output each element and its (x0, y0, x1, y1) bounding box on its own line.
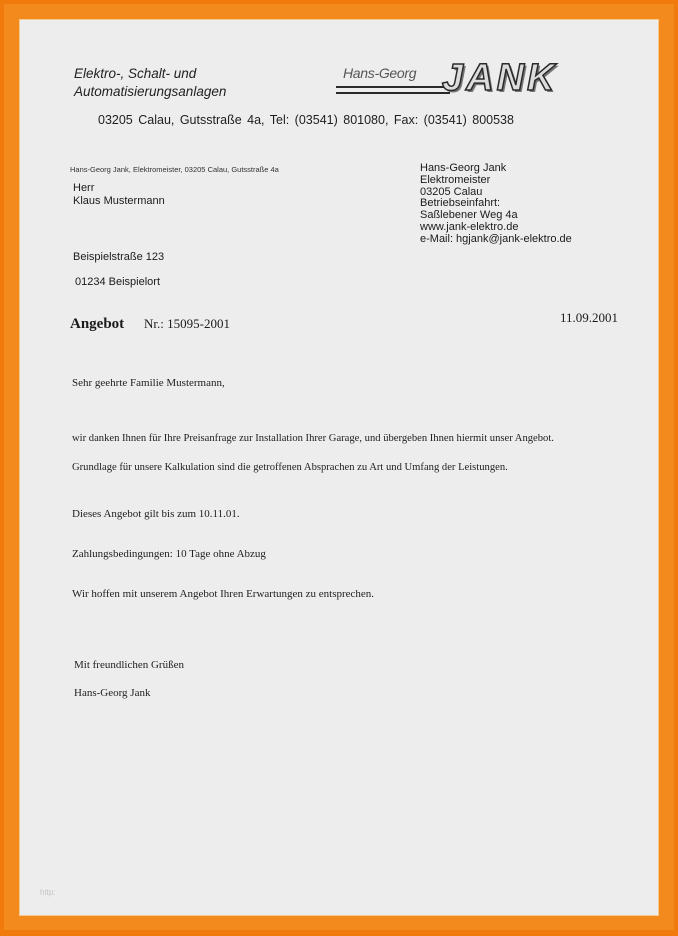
contact-block: Hans-Georg Jank Elektromeister 03205 Cal… (420, 163, 572, 246)
company-address-line: 03205 Calau, Gutsstraße 4a, Tel: (03541)… (98, 113, 514, 127)
recipient-name: Klaus Mustermann (73, 195, 165, 208)
document-date: 11.09.2001 (560, 310, 618, 326)
watermark-text: http: (40, 888, 56, 897)
logo-underline-icon (336, 86, 450, 98)
sender-return-address: Hans-Georg Jank, Elektromeister, 03205 C… (70, 165, 279, 174)
letter-salutation: Sehr geehrte Familie Mustermann, (72, 377, 225, 389)
company-tagline: Elektro-, Schalt- und Automatisierungsan… (74, 65, 226, 101)
body-paragraph: Wir hoffen mit unserem Angebot Ihren Erw… (72, 588, 374, 600)
letter-closing: Mit freundlichen Grüßen (74, 659, 184, 671)
document-title: Angebot (70, 316, 124, 333)
document-number: Nr.: 15095-2001 (144, 316, 230, 332)
logo-surname: JANK (442, 57, 557, 100)
recipient-street: Beispielstraße 123 (73, 251, 164, 263)
body-paragraph: Dieses Angebot gilt bis zum 10.11.01. (72, 508, 240, 520)
contact-profession: Elektromeister (420, 175, 572, 187)
body-paragraph: wir danken Ihnen für Ihre Preisanfrage z… (72, 433, 554, 444)
contact-email: e-Mail: hgjank@jank-elektro.de (420, 234, 572, 246)
recipient-block: Herr Klaus Mustermann (73, 182, 165, 208)
letter-signature: Hans-Georg Jank (74, 687, 150, 699)
letter-page: Elektro-, Schalt- und Automatisierungsan… (20, 20, 658, 915)
recipient-title: Herr (73, 182, 165, 195)
logo-first-name: Hans-Georg (343, 65, 416, 81)
tagline-line-2: Automatisierungsanlagen (74, 83, 226, 101)
tagline-line-1: Elektro-, Schalt- und (74, 65, 226, 83)
body-paragraph: Grundlage für unsere Kalkulation sind di… (72, 462, 508, 473)
recipient-city: 01234 Beispielort (75, 276, 160, 288)
body-paragraph: Zahlungsbedingungen: 10 Tage ohne Abzug (72, 548, 266, 560)
contact-website: www.jank-elektro.de (420, 222, 572, 234)
